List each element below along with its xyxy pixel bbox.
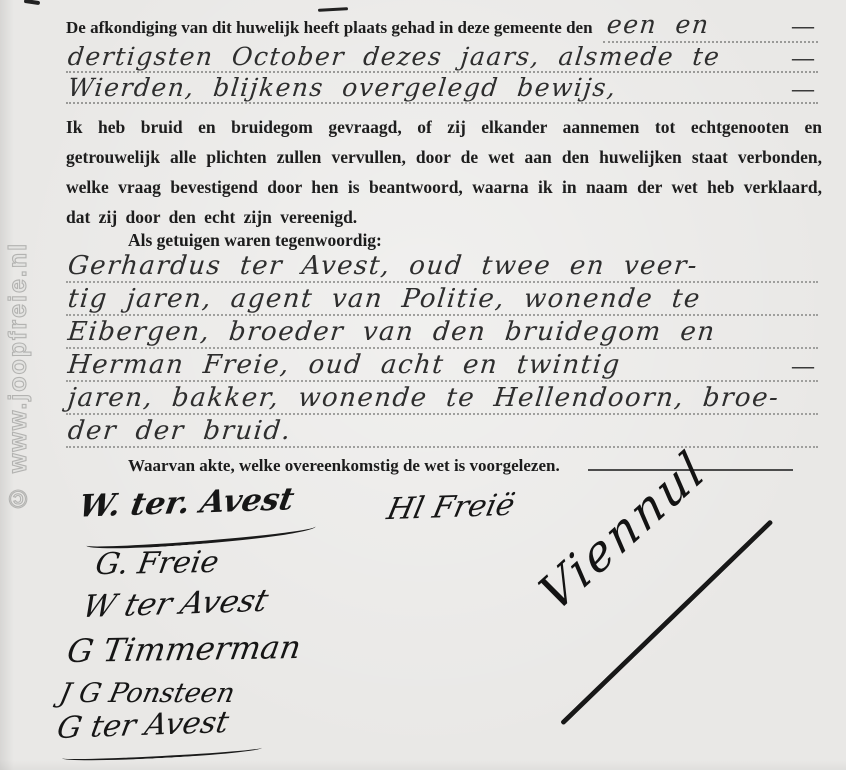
signature-g-timmerman: G Timmerman bbox=[65, 628, 304, 670]
announcement-line-3: Wierden, blijkens overgelegd bewijs, — bbox=[66, 73, 818, 104]
handwritten-place: Wierden, blijkens overgelegd bewijs, bbox=[66, 73, 618, 103]
witness-line: Herman Freie, oud acht en twintig — bbox=[66, 349, 818, 382]
signature-flourish-underline bbox=[62, 743, 262, 763]
signature-w-ter-avest-2: W ter Avest bbox=[79, 583, 272, 625]
announcement-block: De afkondiging van dit huwelijk heeft pl… bbox=[66, 10, 818, 104]
announcement-printed-text: De afkondiging van dit huwelijk heeft pl… bbox=[66, 13, 593, 43]
witness-text: tig jaren, agent van Politie, wonende te bbox=[66, 283, 702, 315]
witness-text: Herman Freie, oud acht en twintig bbox=[66, 349, 622, 381]
witness-line: jaren, bakker, wonende te Hellendoorn, b… bbox=[66, 382, 818, 415]
witnesses-block: Gerhardus ter Avest, oud twee en veer- t… bbox=[66, 250, 818, 448]
signature-h-freie: Hl Freië bbox=[384, 488, 518, 527]
witness-text: Gerhardus ter Avest, oud twee en veer- bbox=[66, 250, 699, 282]
witness-text: der der bruid. bbox=[66, 415, 293, 447]
fill-dash: — bbox=[792, 11, 814, 41]
signature-w-ter-avest-1: W. ter. Avest bbox=[76, 481, 297, 524]
handwritten-date-start: een en bbox=[605, 10, 711, 40]
witnesses-heading: Als getuigen waren tegenwoordig: bbox=[128, 230, 382, 251]
witness-text: Eibergen, broeder van den bruidegom en bbox=[66, 316, 717, 348]
witness-text: jaren, bakker, wonende te Hellendoorn, b… bbox=[66, 382, 781, 414]
declaration-paragraph: Ik heb bruid en bruidegom gevraagd, of z… bbox=[66, 112, 822, 232]
watermark-text: © www.joopfreie.nl bbox=[4, 92, 33, 512]
announcement-line-1: De afkondiging van dit huwelijk heeft pl… bbox=[66, 10, 818, 42]
witness-line: der der bruid. bbox=[66, 415, 818, 448]
witness-line: tig jaren, agent van Politie, wonende te bbox=[66, 283, 818, 316]
handwritten-date-rest: dertigsten October dezes jaars, alsmede … bbox=[66, 42, 722, 72]
closing-text: Waarvan akte, welke overeenkomstig de we… bbox=[128, 456, 560, 476]
fill-dash: — bbox=[792, 74, 814, 104]
fill-dash: — bbox=[792, 350, 814, 382]
document-scan: © www.joopfreie.nl De afkondiging van di… bbox=[0, 0, 846, 770]
handwritten-entry: een en — bbox=[603, 10, 818, 43]
announcement-line-2: dertigsten October dezes jaars, alsmede … bbox=[66, 42, 818, 73]
witness-line: Eibergen, broeder van den bruidegom en bbox=[66, 316, 818, 349]
fill-dash: — bbox=[792, 43, 814, 73]
signature-g-freie: G. Freie bbox=[93, 545, 221, 582]
scan-artifact bbox=[24, 0, 40, 5]
signature-jg-ponsteen: J G Ponsteen bbox=[57, 678, 238, 709]
witness-line: Gerhardus ter Avest, oud twee en veer- bbox=[66, 250, 818, 283]
signature-g-ter-avest: G ter Avest bbox=[54, 705, 231, 746]
